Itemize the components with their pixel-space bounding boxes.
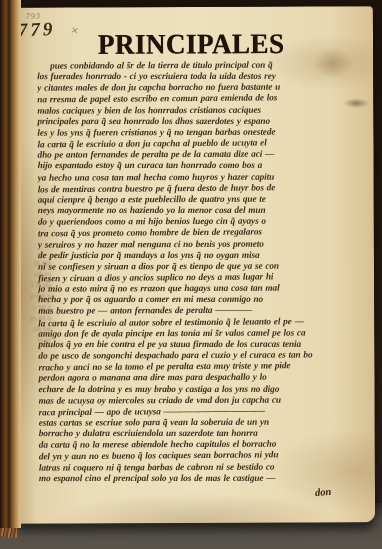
manuscript-line: principales para q̃ sea honrrado los dho… <box>37 117 366 128</box>
manuscript-line: mo espanol cino el prencipal solo ya los… <box>39 474 368 485</box>
manuscript-line: la carta q̃ le escriuio al autor sobre e… <box>38 316 367 330</box>
manuscript-line: hecha y por q̃ os aguardo a comer en mi … <box>38 295 367 306</box>
manuscript-line: borracho y dulatra escriuiendola un saze… <box>39 429 368 440</box>
manuscript-text: pues conbidando al s̃r de la tierra de t… <box>37 60 368 485</box>
manuscript-line: de pedir justicia por q̃ mandays a los y… <box>38 250 367 261</box>
manuscript-line: los fuerades honrrado - ci yo escriuiera… <box>37 72 366 83</box>
manuscript-line: y seruiros y no hazer mal nenguna ci no … <box>38 239 367 252</box>
page-title: PRINCIPALES <box>13 27 369 61</box>
catchword: don <box>315 487 332 499</box>
manuscript-line: echare de la dotrina y es muy brabo y ca… <box>39 384 368 395</box>
book-spine-gutter <box>0 0 21 528</box>
photo-background: 793 779 ✕ PRINCIPALES ym ta es bo da el … <box>0 0 382 549</box>
manuscript-page: 793 779 ✕ PRINCIPALES ym ta es bo da el … <box>13 6 375 524</box>
manuscript-line: perdon agora o manana ana dire mas para … <box>38 373 367 386</box>
manuscript-line: malos caciques y bien de los honrrados c… <box>37 105 366 118</box>
manuscript-line: pitulos q̃ yo en bie contra el pe ya sta… <box>38 340 367 351</box>
manuscript-line: latras ni coquero ni q̃ tenga barbas de … <box>39 462 368 475</box>
manuscript-line: hijo espantado estoy q̃ un curaca tan ho… <box>38 161 367 172</box>
manuscript-line: neys mayormente no os haziendo yo la men… <box>38 206 367 217</box>
